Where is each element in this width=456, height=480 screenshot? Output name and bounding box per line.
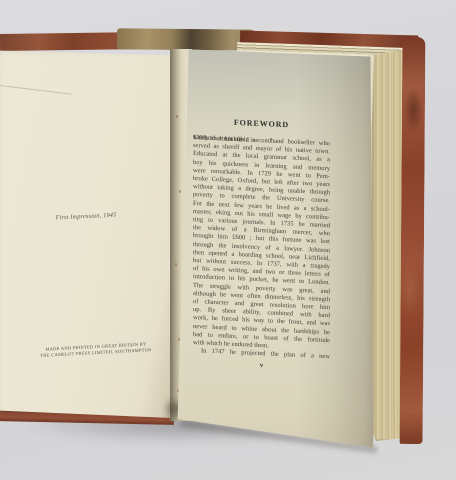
foreword-page: FOREWORD Samuel Johnson was born at Lich… bbox=[176, 47, 376, 450]
cover-right-edge bbox=[400, 37, 426, 444]
foxing-spot bbox=[175, 263, 177, 266]
impression-line: First Impression, 1945 bbox=[44, 211, 128, 222]
foxing-spot bbox=[179, 190, 181, 193]
spine-head bbox=[117, 28, 254, 50]
foxing-spot bbox=[176, 115, 178, 118]
page-crease bbox=[0, 84, 72, 94]
book-photo: First Impression, 1945 MADE AND PRINTED … bbox=[0, 0, 456, 480]
foreword-text-block: FOREWORD Samuel Johnson was born at Lich… bbox=[193, 116, 330, 373]
printer-imprint: MADE AND PRINTED IN GREAT BRITAIN BY THE… bbox=[38, 341, 154, 360]
foxing-spot bbox=[178, 338, 180, 341]
left-page: First Impression, 1945 MADE AND PRINTED … bbox=[0, 45, 175, 420]
